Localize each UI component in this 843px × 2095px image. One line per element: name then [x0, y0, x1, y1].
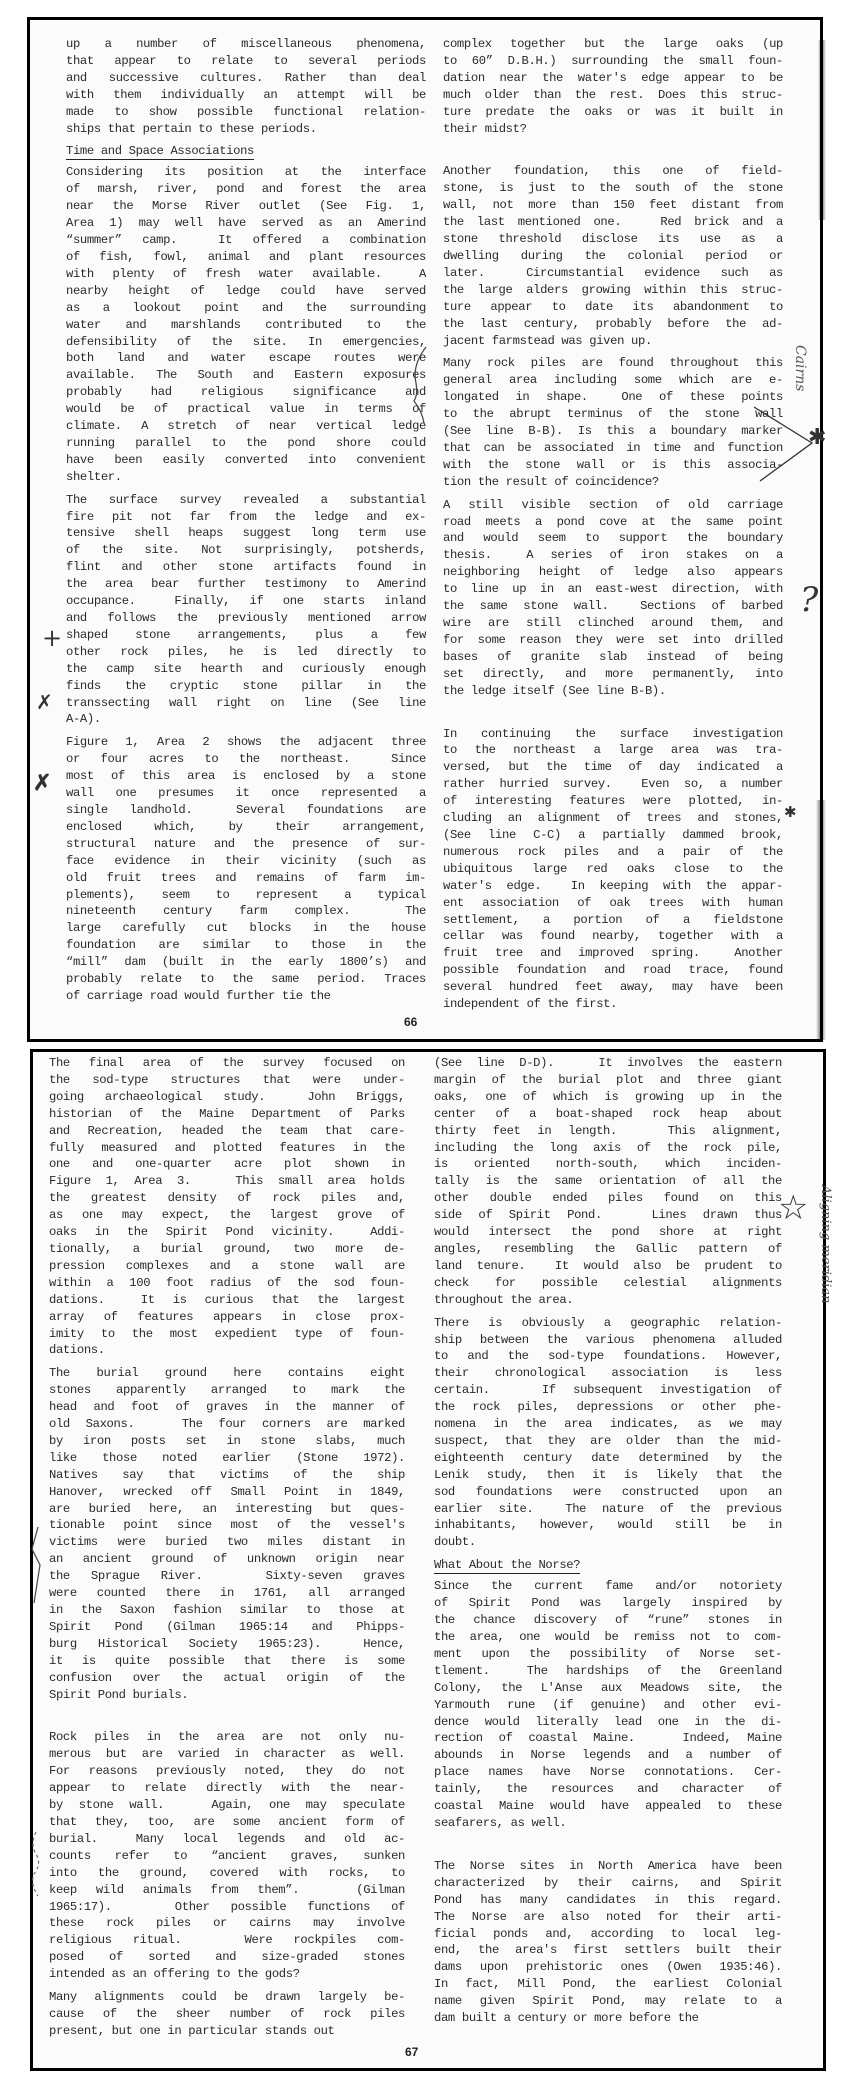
text-line: dam built a century or more before the: [434, 2010, 782, 2027]
text-line: and follows the previously mentioned arr…: [66, 610, 426, 627]
text-line: versed, but the time of day indicated a: [443, 759, 783, 776]
text-line: The Norse are also noted for their arti-: [434, 1909, 782, 1926]
text-line: dations.: [49, 1342, 405, 1359]
text-line: their chronological association is less: [434, 1365, 782, 1382]
text-line: For reasons previously noted, they do no…: [49, 1763, 405, 1780]
text-line: ubiquitous large red oaks close to the: [443, 861, 783, 878]
text-line: complex together but the large oaks (up: [443, 36, 783, 53]
page-number: 67: [405, 2045, 418, 2059]
left-column: The final area of the survey focused ont…: [49, 1055, 405, 2046]
text-line: one and one-quarter acre plot shown in: [49, 1156, 405, 1173]
text-line: cellar was found nearby, together with a: [443, 928, 783, 945]
text-line: victims were buried two miles distant in: [49, 1534, 405, 1551]
text-line: tlement. The hardships of the Greenland: [434, 1663, 782, 1680]
text-line: to and the sod-type foundations. However…: [434, 1348, 782, 1365]
text-line: that they, too, are some ancient form of: [49, 1814, 405, 1831]
text-line: much older than the rest. Does this stru…: [443, 87, 783, 104]
text-line: suspect, that they are older than the mi…: [434, 1433, 782, 1450]
text-line: the Sprague River. Sixty-seven graves: [49, 1568, 405, 1585]
paragraph: In continuing the surface investigationt…: [443, 726, 783, 1013]
text-line: general area including some which are e-: [443, 372, 783, 389]
text-line: and Recreation, headed the team that car…: [49, 1123, 405, 1140]
text-line: and would seem to support the boundary: [443, 530, 783, 547]
paragraph: Many alignments could be drawn largely b…: [49, 1989, 405, 2040]
text-line: the ledge itself (See line B-B).: [443, 683, 783, 700]
text-line: an ancient ground of unknown origin near: [49, 1551, 405, 1568]
text-line: by stone wall. Again, one may speculate: [49, 1797, 405, 1814]
text-line: thirty feet in length. This alignment,: [434, 1123, 782, 1140]
text-line: stone, is just to the south of the stone: [443, 180, 783, 197]
text-line: “mill” dam (built in the early 1800’s) a…: [66, 954, 426, 971]
text-line: probably had religious significance and: [66, 384, 426, 401]
text-line: set directly, and more permanently, into: [443, 666, 783, 683]
right-column: complex together but the large oaks (upt…: [443, 36, 783, 1019]
text-line: near the Morse River outlet (See Fig. 1,: [66, 198, 426, 215]
text-line: to line up in an east-west direction, wi…: [443, 581, 783, 598]
text-line: in the Saxon fashion similar to those at: [49, 1602, 405, 1619]
text-line: most of this area is enclosed by a stone: [66, 768, 426, 785]
text-line: cause of the sheer number of rock piles: [49, 2006, 405, 2023]
text-line: ship between the various phenomena allud…: [434, 1332, 782, 1349]
paragraph: The burial ground here contains eightsto…: [49, 1365, 405, 1703]
text-line: Pond has many candidates in this regard.: [434, 1892, 782, 1909]
text-line: it is quite possible that there is some: [49, 1653, 405, 1670]
text-line: the same stone wall. Sections of barbed: [443, 598, 783, 615]
text-line: would be of practical value in terms of: [66, 401, 426, 418]
paragraph: There is obviously a geographic relation…: [434, 1315, 782, 1552]
text-line: fruit tree and improved spring. Another: [443, 945, 783, 962]
paragraph: complex together but the large oaks (upt…: [443, 36, 783, 137]
text-line: available. The South and Eastern exposur…: [66, 367, 426, 384]
paragraph: Considering its position at the interfac…: [66, 164, 426, 485]
text-line: to 60” D.B.H.) surrounding the small fou…: [443, 53, 783, 70]
paragraph: up a number of miscellaneous phenomena,t…: [66, 36, 426, 137]
text-line: that can be associated in time and funct…: [443, 440, 783, 457]
right-column: (See line D-D). It involves the easternm…: [434, 1055, 782, 2033]
scan-shadow: [818, 40, 826, 220]
text-line: would intersect the pond shore at right: [434, 1224, 782, 1241]
text-line: bases of granite slab instead of being: [443, 649, 783, 666]
text-line: array of features appears in close prox-: [49, 1309, 405, 1326]
text-line: 1965:17). Other possible functions of: [49, 1899, 405, 1916]
text-line: imity to the most expedient type of foun…: [49, 1326, 405, 1343]
text-line: cluding an alignment of trees and stones…: [443, 810, 783, 827]
section-heading: Time and Space Associations: [66, 143, 254, 160]
left-column: up a number of miscellaneous phenomena,t…: [66, 36, 426, 1011]
paragraph: Since the current fame and/or notorietyo…: [434, 1578, 782, 1832]
text-line: the rock piles, depressions or other phe…: [434, 1399, 782, 1416]
text-line: made to show possible functional relatio…: [66, 104, 426, 121]
paragraph: A still visible section of old carriager…: [443, 497, 783, 700]
text-line: throughout the area.: [434, 1292, 782, 1309]
text-line: wire are still clinched around them, and: [443, 615, 783, 632]
text-line: earlier site. The nature of the previous: [434, 1501, 782, 1518]
paragraph: Figure 1, Area 2 shows the adjacent thre…: [66, 734, 426, 1005]
text-line: Many rock piles are found throughout thi…: [443, 355, 783, 372]
paragraph-gap: [434, 1838, 782, 1858]
text-line: going archaeological study. John Briggs,: [49, 1089, 405, 1106]
text-line: face evidence in their vicinity (such as: [66, 853, 426, 870]
text-line: or four acres to the northeast. Since: [66, 751, 426, 768]
text-line: numerous rock piles and a pair of the: [443, 844, 783, 861]
text-line: of fish, fowl, animal and plant resource…: [66, 249, 426, 266]
text-line: by iron posts set in stone slabs, much: [49, 1433, 405, 1450]
text-line: for some reason they were set into drill…: [443, 632, 783, 649]
text-line: seafarers, as well.: [434, 1815, 782, 1832]
text-line: finds the cryptic stone pillar in the: [66, 678, 426, 695]
text-line: posed of sorted and size-graded stones: [49, 1949, 405, 1966]
text-line: flint and other stone artifacts found in: [66, 559, 426, 576]
text-line: nineteenth century farm complex. The: [66, 903, 426, 920]
text-line: later. Circumstantial evidence such as: [443, 265, 783, 282]
text-line: Spirit Pond (Gilman 1965:14 and Phipps-: [49, 1619, 405, 1636]
text-line: the large alders growing within this str…: [443, 282, 783, 299]
text-line: angles, resembling the Gallic pattern of: [434, 1241, 782, 1258]
text-line: other double ended piles found on this: [434, 1190, 782, 1207]
text-line: name given Spirit Pond, may relate to a: [434, 1993, 782, 2010]
text-line: characterized by their cairns, and Spiri…: [434, 1875, 782, 1892]
text-line: the greatest density of rock piles and,: [49, 1190, 405, 1207]
text-line: The Norse sites in North America have be…: [434, 1858, 782, 1875]
text-line: other rock piles, he is led directly to: [66, 644, 426, 661]
text-line: tally is the same orientation of all the: [434, 1173, 782, 1190]
text-line: (See line D-D). It involves the eastern: [434, 1055, 782, 1072]
text-line: the area bear further testimony to Ameri…: [66, 576, 426, 593]
page-67: The final area of the survey focused ont…: [30, 1049, 826, 2071]
text-line: the camp site hearth and curiously enoug…: [66, 661, 426, 678]
text-line: center of a boat-shaped rock heap about: [434, 1106, 782, 1123]
text-line: oaks, one of which is growing up in the: [434, 1089, 782, 1106]
text-line: abounds in Norse legends and a number of: [434, 1747, 782, 1764]
text-line: water and marshlands contributed to the: [66, 317, 426, 334]
text-line: of carriage road would further tie the: [66, 988, 426, 1005]
text-line: ships that pertain to these periods.: [66, 121, 426, 138]
text-line: place names have Norse connotations. Cer…: [434, 1764, 782, 1781]
text-line: like those noted earlier (Stone 1972).: [49, 1450, 405, 1467]
text-line: side of Spirit Pond. Lines drawn thus: [434, 1207, 782, 1224]
text-line: In fact, Mill Pond, the earliest Colonia…: [434, 1976, 782, 1993]
text-line: confusion over the actual origin of the: [49, 1670, 405, 1687]
text-line: keep wild animals from them”. (Gilman: [49, 1882, 405, 1899]
text-line: (See line B-B). Is this a boundary marke…: [443, 423, 783, 440]
text-line: dams upon prehistoric ones (Owen 1935:46…: [434, 1959, 782, 1976]
text-line: stones apparently arranged to mark the: [49, 1382, 405, 1399]
text-line: Rock piles in the area are not only nu-: [49, 1729, 405, 1746]
text-line: tensive shell heaps suggest long term us…: [66, 525, 426, 542]
text-line: religious ritual. Were rockpiles com-: [49, 1932, 405, 1949]
text-line: The burial ground here contains eight: [49, 1365, 405, 1382]
text-line: old fruit trees and remains of farm im-: [66, 870, 426, 887]
paragraph: The Norse sites in North America have be…: [434, 1858, 782, 2027]
text-line: these rock piles or cairns may involve: [49, 1915, 405, 1932]
text-line: structural nature and the presence of su…: [66, 836, 426, 853]
text-line: dation near the water's edge appear to b…: [443, 70, 783, 87]
text-line: doubt.: [434, 1534, 782, 1551]
text-line: stone threshold disclose its use as a: [443, 231, 783, 248]
text-line: of marsh, river, pond and forest the are…: [66, 181, 426, 198]
text-line: transsecting wall right on line (See lin…: [66, 695, 426, 712]
text-line: intended as an offering to the gods?: [49, 1966, 405, 1983]
text-line: A-A).: [66, 711, 426, 728]
text-line: the last century, probably before the ad…: [443, 316, 783, 333]
text-line: margin of the burial plot and three gian…: [434, 1072, 782, 1089]
text-line: certain. If subsequent investigation of: [434, 1382, 782, 1399]
page-66: up a number of miscellaneous phenomena,t…: [27, 17, 823, 1042]
text-line: probably relate to the same period. Trac…: [66, 971, 426, 988]
text-line: with the stone wall or is this associa-: [443, 457, 783, 474]
text-line: thesis. A series of iron stakes on a: [443, 547, 783, 564]
text-line: historian of the Maine Department of Par…: [49, 1106, 405, 1123]
text-line: including the long axis of the rock pile…: [434, 1140, 782, 1157]
text-line: up a number of miscellaneous phenomena,: [66, 36, 426, 53]
text-line: settlement, a portion of a fieldstone: [443, 912, 783, 929]
paragraph: (See line D-D). It involves the easternm…: [434, 1055, 782, 1309]
text-line: sod foundations were constructed upon an: [434, 1484, 782, 1501]
text-line: Hanover, wrecked off Small Point in 1849…: [49, 1484, 405, 1501]
text-line: as a lookout point and the surrounding: [66, 300, 426, 317]
text-line: into the ground, covered with rocks, to: [49, 1865, 405, 1882]
text-line: The surface survey revealed a substantia…: [66, 492, 426, 509]
text-line: burial. Many local legends and old ac-: [49, 1831, 405, 1848]
text-line: have been easily converted into convenie…: [66, 452, 426, 469]
section-heading: What About the Norse?: [434, 1557, 580, 1574]
paragraph: The final area of the survey focused ont…: [49, 1055, 405, 1359]
text-line: Spirit Pond burials.: [49, 1687, 405, 1704]
text-line: head and foot of graves in the manner of: [49, 1399, 405, 1416]
text-line: Lenik study, then it is likely that the: [434, 1467, 782, 1484]
text-line: fire pit not far from the ledge and ex-: [66, 509, 426, 526]
text-line: and successive cultures. Rather than dea…: [66, 70, 426, 87]
text-line: oaks in the Spirit Pond vicinity. Addi-: [49, 1224, 405, 1241]
paragraph-gap: [49, 1709, 405, 1729]
text-line: ture predate the oaks or was it built in: [443, 104, 783, 121]
text-line: are buried here, an interesting but ques…: [49, 1501, 405, 1518]
text-line: possible foundation and road trace, foun…: [443, 962, 783, 979]
text-line: Considering its position at the interfac…: [66, 164, 426, 181]
text-line: old Saxons. The four corners are marked: [49, 1416, 405, 1433]
text-line: that appear to relate to several periods: [66, 53, 426, 70]
text-line: “summer” camp. It offered a combination: [66, 232, 426, 249]
text-line: of interesting features were plotted, in…: [443, 793, 783, 810]
text-line: to the northeast a large area was tra-: [443, 742, 783, 759]
text-line: Figure 1, Area 3. This small area holds: [49, 1173, 405, 1190]
text-line: the last mentioned one. Red brick and a: [443, 214, 783, 231]
text-line: ficial ponds and, according to local leg…: [434, 1926, 782, 1943]
text-line: Natives say that victims of the ship: [49, 1467, 405, 1484]
text-line: jacent farmstead was given up.: [443, 333, 783, 350]
text-line: merous but are varied in character as we…: [49, 1746, 405, 1763]
text-line: end, the area's first settlers built the…: [434, 1942, 782, 1959]
text-line: dwelling during the colonial period or: [443, 248, 783, 265]
text-line: with them individually an attempt will b…: [66, 87, 426, 104]
text-line: nearby height of ledge could have served: [66, 283, 426, 300]
text-line: ture appear to date its abandonment to: [443, 299, 783, 316]
text-line: shaped stone arrangements, plus a few: [66, 627, 426, 644]
text-line: ment upon the possibility of Norse set-: [434, 1646, 782, 1663]
text-line: their midst?: [443, 121, 783, 138]
text-line: Many alignments could be drawn largely b…: [49, 1989, 405, 2006]
text-line: several hundred feet away, may have been: [443, 979, 783, 996]
text-line: independent of the first.: [443, 996, 783, 1013]
text-line: rather hurried survey. Even so, a number: [443, 776, 783, 793]
text-line: neighboring height of ledge also appears: [443, 564, 783, 581]
text-line: dence would literally lead one in the di…: [434, 1714, 782, 1731]
text-line: dations. It is curious that the largest: [49, 1292, 405, 1309]
text-line: fully measured and plotted features in t…: [49, 1140, 405, 1157]
paragraph: The surface survey revealed a substantia…: [66, 492, 426, 729]
text-line: wall one presumes it once represented a: [66, 785, 426, 802]
text-line: of Spirit Pond was largely inspired by: [434, 1595, 782, 1612]
text-line: check for possible celestial alignments: [434, 1275, 782, 1292]
text-line: present, but one in particular stands ou…: [49, 2023, 405, 2040]
text-line: shelter.: [66, 469, 426, 486]
scan-shadow: [816, 800, 826, 1040]
text-line: of the site. Not surprisingly, potsherds…: [66, 542, 426, 559]
text-line: single landhold. Several foundations are: [66, 802, 426, 819]
text-line: the area, one would be remiss not to com…: [434, 1629, 782, 1646]
text-line: were counted there in 1761, all arranged: [49, 1585, 405, 1602]
text-line: rection of coastal Maine. Indeed, Maine: [434, 1730, 782, 1747]
text-line: tion the result of coincidence?: [443, 474, 783, 491]
text-line: foundation are similar to those in the: [66, 937, 426, 954]
text-line: tionally, a burial ground, two more de-: [49, 1241, 405, 1258]
text-line: tainly, the resources and character of: [434, 1781, 782, 1798]
text-line: nomena in the area indicates, as we may: [434, 1416, 782, 1433]
text-line: plements), seem to represent a typical: [66, 887, 426, 904]
text-line: land tenure. It would also be prudent to: [434, 1258, 782, 1275]
text-line: Area 1) may well have served as an Ameri…: [66, 215, 426, 232]
text-line: The final area of the survey focused on: [49, 1055, 405, 1072]
text-line: large carefully cut blocks in the house: [66, 920, 426, 937]
text-line: climate. A stretch of near vertical ledg…: [66, 418, 426, 435]
text-line: Another foundation, this one of field-: [443, 163, 783, 180]
text-line: is oriented north-south, which inciden-: [434, 1156, 782, 1173]
text-line: A still visible section of old carriage: [443, 497, 783, 514]
text-line: as one may expect, the largest grove of: [49, 1207, 405, 1224]
text-line: appear to relate directly with the near-: [49, 1780, 405, 1797]
text-line: enclosed which, by their arrangement,: [66, 819, 426, 836]
text-line: There is obviously a geographic relation…: [434, 1315, 782, 1332]
paragraph: Another foundation, this one of field-st…: [443, 163, 783, 349]
text-line: within a 100 foot radius of the sod foun…: [49, 1275, 405, 1292]
text-line: tionable point since most of the vessel'…: [49, 1517, 405, 1534]
text-line: Colony, the L'Anse aux Meadows site, the: [434, 1680, 782, 1697]
text-line: wall, not more than 150 feet distant fro…: [443, 197, 783, 214]
page-number: 66: [404, 1015, 417, 1029]
text-line: pression complexes and a stone wall are: [49, 1258, 405, 1275]
text-line: In continuing the surface investigation: [443, 726, 783, 743]
paragraph: Rock piles in the area are not only nu-m…: [49, 1729, 405, 1983]
text-line: with plenty of fresh water available. A: [66, 266, 426, 283]
text-line: to the abrupt terminus of the stone wall: [443, 406, 783, 423]
paragraph-gap: [443, 143, 783, 163]
paragraph: Many rock piles are found throughout thi…: [443, 355, 783, 490]
text-line: eighteenth century date determined by th…: [434, 1450, 782, 1467]
text-line: the sod-type structures that were under-: [49, 1072, 405, 1089]
text-line: both land and water escape routes were: [66, 350, 426, 367]
text-line: longated in shape. One of these points: [443, 389, 783, 406]
paragraph-gap: [443, 706, 783, 726]
text-line: inhabitants, however, would still be in: [434, 1517, 782, 1534]
text-line: Figure 1, Area 2 shows the adjacent thre…: [66, 734, 426, 751]
text-line: Since the current fame and/or notoriety: [434, 1578, 782, 1595]
text-line: Yarmouth rune (if genuine) and other evi…: [434, 1697, 782, 1714]
text-line: occupance. Finally, if one starts inland: [66, 593, 426, 610]
text-line: counts refer to “ancient graves, sunken: [49, 1848, 405, 1865]
text-line: road meets a pond cove at the same point: [443, 514, 783, 531]
text-line: coastal Maine would have appealed to the…: [434, 1798, 782, 1815]
text-line: defensibility of the site. In emergencie…: [66, 334, 426, 351]
text-line: the chance discovery of “rune” stones in: [434, 1612, 782, 1629]
text-line: burg Historical Society 1965:23). Hence,: [49, 1636, 405, 1653]
text-line: running parallel to the pond shore could: [66, 435, 426, 452]
text-line: (See line C-C) a partially dammed brook,: [443, 827, 783, 844]
text-line: water's edge. In keeping with the appar-: [443, 878, 783, 895]
text-line: ent association of oak trees with human: [443, 895, 783, 912]
